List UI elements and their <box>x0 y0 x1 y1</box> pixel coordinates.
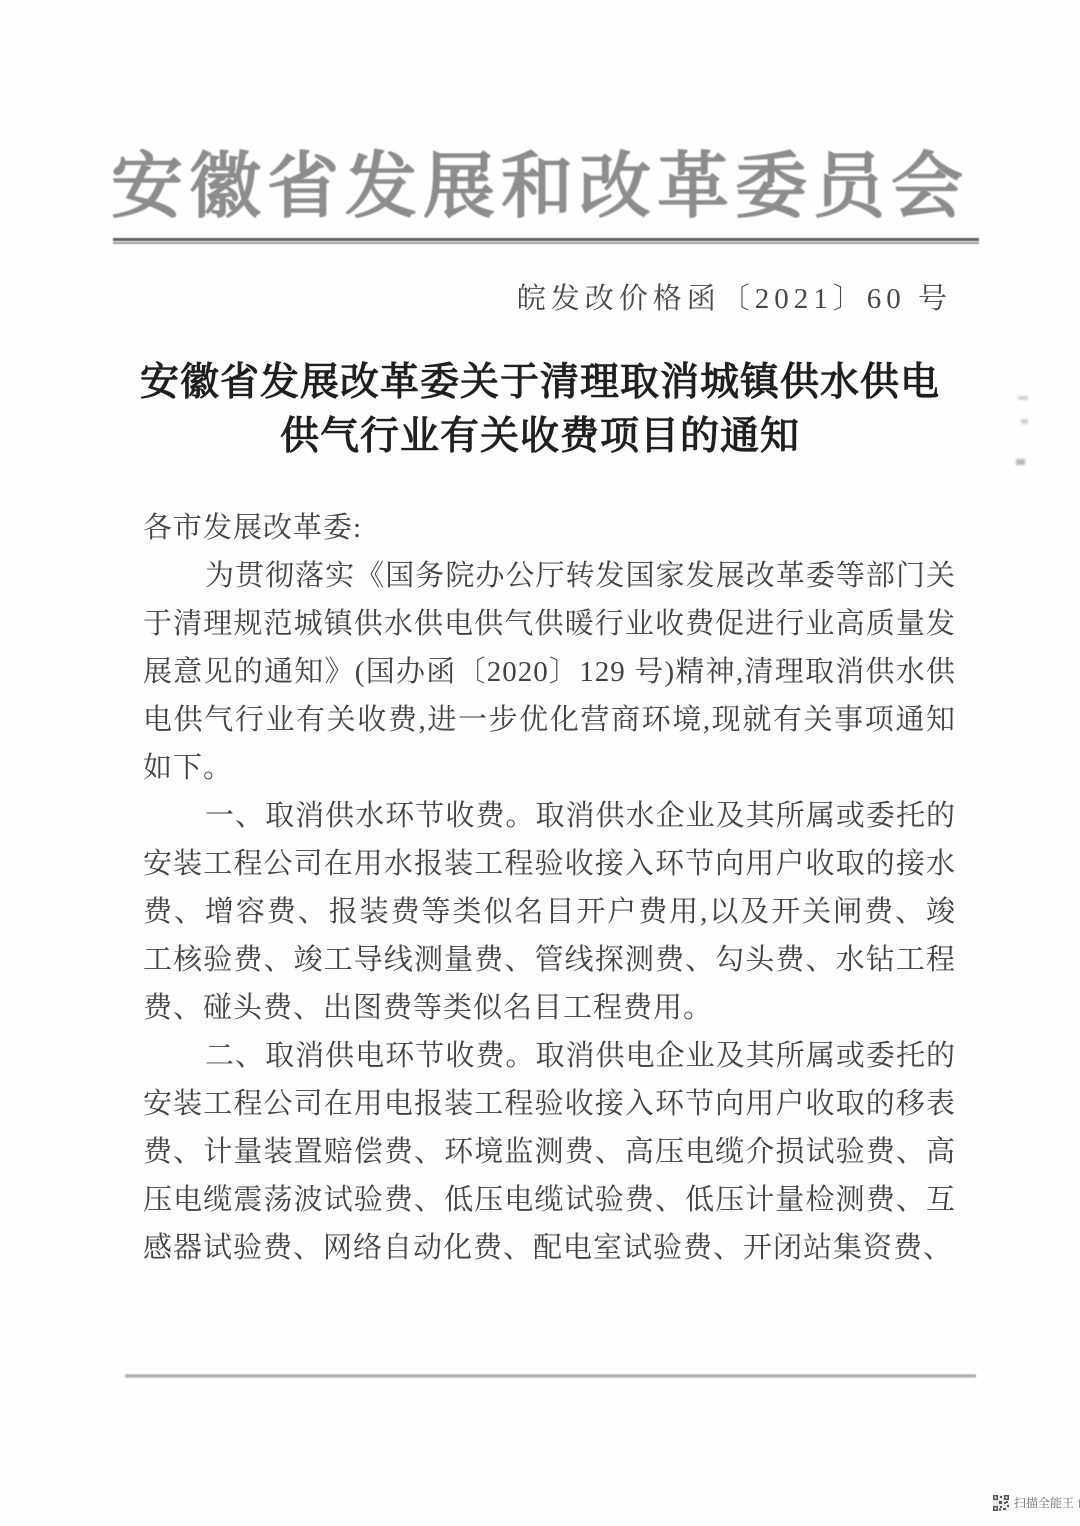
paragraph-intro: 为贯彻落实《国务院办公厅转发国家发展改革委等部门关于清理规范城镇供水供电供气供暖… <box>143 552 956 792</box>
paragraph-item-1: 一、取消供水环节收费。取消供水企业及其所属或委托的安装工程公司在用水报装工程验收… <box>143 792 956 1032</box>
agency-header: 安徽省发展和改革委员会 <box>0 128 1080 232</box>
footer-divider <box>125 1374 976 1378</box>
paragraph-item-2: 二、取消供电环节收费。取消供电企业及其所属或委托的安装工程公司在用电报装工程验收… <box>143 1032 956 1272</box>
doc-title-line2: 供气行业有关收费项目的通知 <box>0 410 1080 464</box>
doc-title: 安徽省发展改革委关于清理取消城镇供水供电 供气行业有关收费项目的通知 <box>0 356 1080 464</box>
salutation: 各市发展改革委: <box>143 504 956 552</box>
header-divider <box>113 238 979 244</box>
scan-smudge <box>1016 459 1025 465</box>
camscanner-watermark: 扫描全能王 创建 <box>993 1494 1080 1511</box>
watermark-text: 扫描全能王 创建 <box>1014 1494 1080 1511</box>
qr-code-icon <box>993 1495 1009 1511</box>
doc-number: 皖发改价格函〔2021〕60 号 <box>517 276 952 317</box>
scan-smudge <box>1021 419 1028 424</box>
doc-title-line1: 安徽省发展改革委关于清理取消城镇供水供电 <box>0 356 1080 410</box>
scan-smudge <box>1018 396 1028 400</box>
doc-body: 各市发展改革委: 为贯彻落实《国务院办公厅转发国家发展改革委等部门关于清理规范城… <box>143 504 956 1272</box>
document-page: 安徽省发展和改革委员会 皖发改价格函〔2021〕60 号 安徽省发展改革委关于清… <box>0 0 1080 1526</box>
